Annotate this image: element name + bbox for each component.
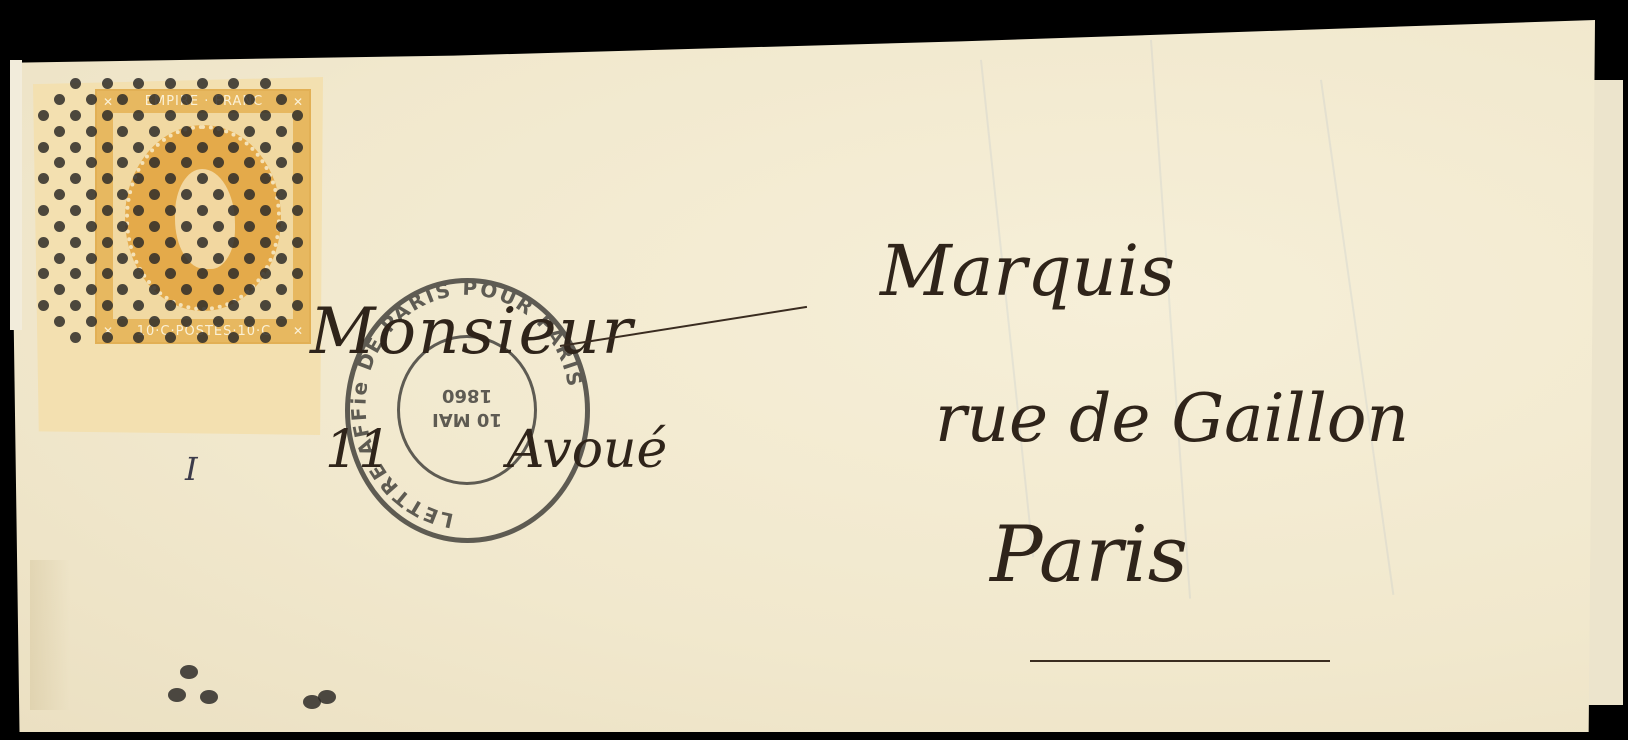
cancel-dot xyxy=(181,126,192,137)
cancel-dot xyxy=(213,316,224,327)
cancel-dot xyxy=(213,126,224,137)
cancel-dot xyxy=(213,284,224,295)
cancel-dot xyxy=(86,221,97,232)
cancel-dot xyxy=(165,205,176,216)
stamp-portrait-medallion xyxy=(125,125,281,311)
cancel-dot xyxy=(168,688,186,702)
cancel-dot xyxy=(292,205,303,216)
cancel-dot xyxy=(149,253,160,264)
cancel-dot xyxy=(292,300,303,311)
cancel-dot xyxy=(276,253,287,264)
cancel-dot xyxy=(276,94,287,105)
cancel-dot xyxy=(276,189,287,200)
stamp-corner-icon: ✕ xyxy=(289,322,307,340)
cancel-dot xyxy=(70,237,81,248)
cancel-dot xyxy=(200,690,218,704)
cancel-dot xyxy=(70,142,81,153)
cancel-dot xyxy=(102,142,113,153)
cancel-dot xyxy=(54,316,65,327)
cancel-dot xyxy=(244,221,255,232)
cancel-dot xyxy=(102,78,113,89)
cancel-dot xyxy=(86,284,97,295)
cancel-dot xyxy=(102,205,113,216)
cancel-dot xyxy=(102,110,113,121)
address-profession-text: Avoué xyxy=(507,420,667,480)
cancel-dot xyxy=(86,126,97,137)
cancel-dot xyxy=(102,268,113,279)
cancel-dot xyxy=(213,253,224,264)
cancel-dot xyxy=(86,94,97,105)
stamp-corner-icon: ✕ xyxy=(99,93,117,111)
paper-stain xyxy=(30,560,70,710)
cancel-dot xyxy=(181,189,192,200)
cancel-dot xyxy=(181,253,192,264)
cancel-dot xyxy=(165,142,176,153)
stamp-corner-icon: ✕ xyxy=(289,93,307,111)
cancel-dot xyxy=(181,316,192,327)
cancel-dot xyxy=(213,157,224,168)
address-title: Monsieur xyxy=(310,295,634,369)
cancel-dot xyxy=(70,300,81,311)
cancel-dot xyxy=(303,695,321,709)
cancel-dot xyxy=(54,221,65,232)
cancel-dot xyxy=(70,205,81,216)
cancel-dot xyxy=(292,173,303,184)
cancel-dot xyxy=(213,221,224,232)
cancel-dot xyxy=(133,142,144,153)
cancel-dot xyxy=(213,94,224,105)
cancel-dot xyxy=(197,173,208,184)
cancel-dot xyxy=(228,237,239,248)
cancel-dot xyxy=(86,316,97,327)
address-number: 11 xyxy=(325,420,391,480)
cancel-dot xyxy=(197,78,208,89)
cancel-dot xyxy=(197,205,208,216)
cancel-dot xyxy=(86,253,97,264)
cancel-dot xyxy=(54,253,65,264)
cancel-dot xyxy=(292,237,303,248)
cancel-dot xyxy=(165,332,176,343)
address-street: rue de Gaillon xyxy=(935,380,1409,457)
cancel-dot xyxy=(102,237,113,248)
cancel-dot xyxy=(197,268,208,279)
cancel-dot xyxy=(181,284,192,295)
margin-mark: I xyxy=(185,450,198,488)
cancel-dot xyxy=(54,126,65,137)
cancel-dot xyxy=(276,221,287,232)
cancel-dot xyxy=(38,237,49,248)
address-profession: 11 Avoué xyxy=(325,420,667,480)
cancel-dot xyxy=(244,253,255,264)
cancel-dot xyxy=(260,142,271,153)
cancel-dot xyxy=(149,126,160,137)
cancel-dot xyxy=(165,237,176,248)
cancel-dot xyxy=(165,110,176,121)
cancel-dot xyxy=(197,300,208,311)
cancel-dot xyxy=(70,332,81,343)
cancel-dot xyxy=(260,205,271,216)
address-name: Marquis xyxy=(880,230,1175,312)
cancel-dot xyxy=(181,94,192,105)
cancel-dot xyxy=(149,316,160,327)
cancel-dot xyxy=(213,189,224,200)
cancel-dot xyxy=(181,221,192,232)
cancel-dot xyxy=(197,110,208,121)
cancel-dot xyxy=(292,142,303,153)
cancel-dot xyxy=(260,332,271,343)
cover-edge xyxy=(10,60,22,330)
cancel-dot xyxy=(165,300,176,311)
cancel-dot xyxy=(276,126,287,137)
cancel-dot xyxy=(86,189,97,200)
cancel-dot xyxy=(276,316,287,327)
cancel-dot xyxy=(260,110,271,121)
cancel-dot xyxy=(102,332,113,343)
postmark-year: 1860 xyxy=(400,383,534,407)
cancel-dot xyxy=(133,332,144,343)
cancel-dot xyxy=(197,332,208,343)
cancel-dot xyxy=(102,173,113,184)
cancel-dot xyxy=(102,300,113,311)
cancel-dot xyxy=(260,300,271,311)
cancel-dot xyxy=(70,110,81,121)
cancel-dot xyxy=(244,126,255,137)
cancel-dot xyxy=(292,110,303,121)
address-city: Paris xyxy=(990,510,1188,600)
cancel-dot xyxy=(260,237,271,248)
cancel-dot xyxy=(133,237,144,248)
cancel-dot xyxy=(180,665,198,679)
stamp-top-inscription: EMPIRE · FRANC xyxy=(119,94,289,109)
cancel-dot xyxy=(117,253,128,264)
cancel-dot xyxy=(228,142,239,153)
cancel-dot xyxy=(149,221,160,232)
cancel-dot xyxy=(197,142,208,153)
cancel-dot xyxy=(38,142,49,153)
city-underline xyxy=(1030,660,1330,662)
cancel-dot xyxy=(244,316,255,327)
cancel-dot xyxy=(276,284,287,295)
cancel-dot xyxy=(197,237,208,248)
